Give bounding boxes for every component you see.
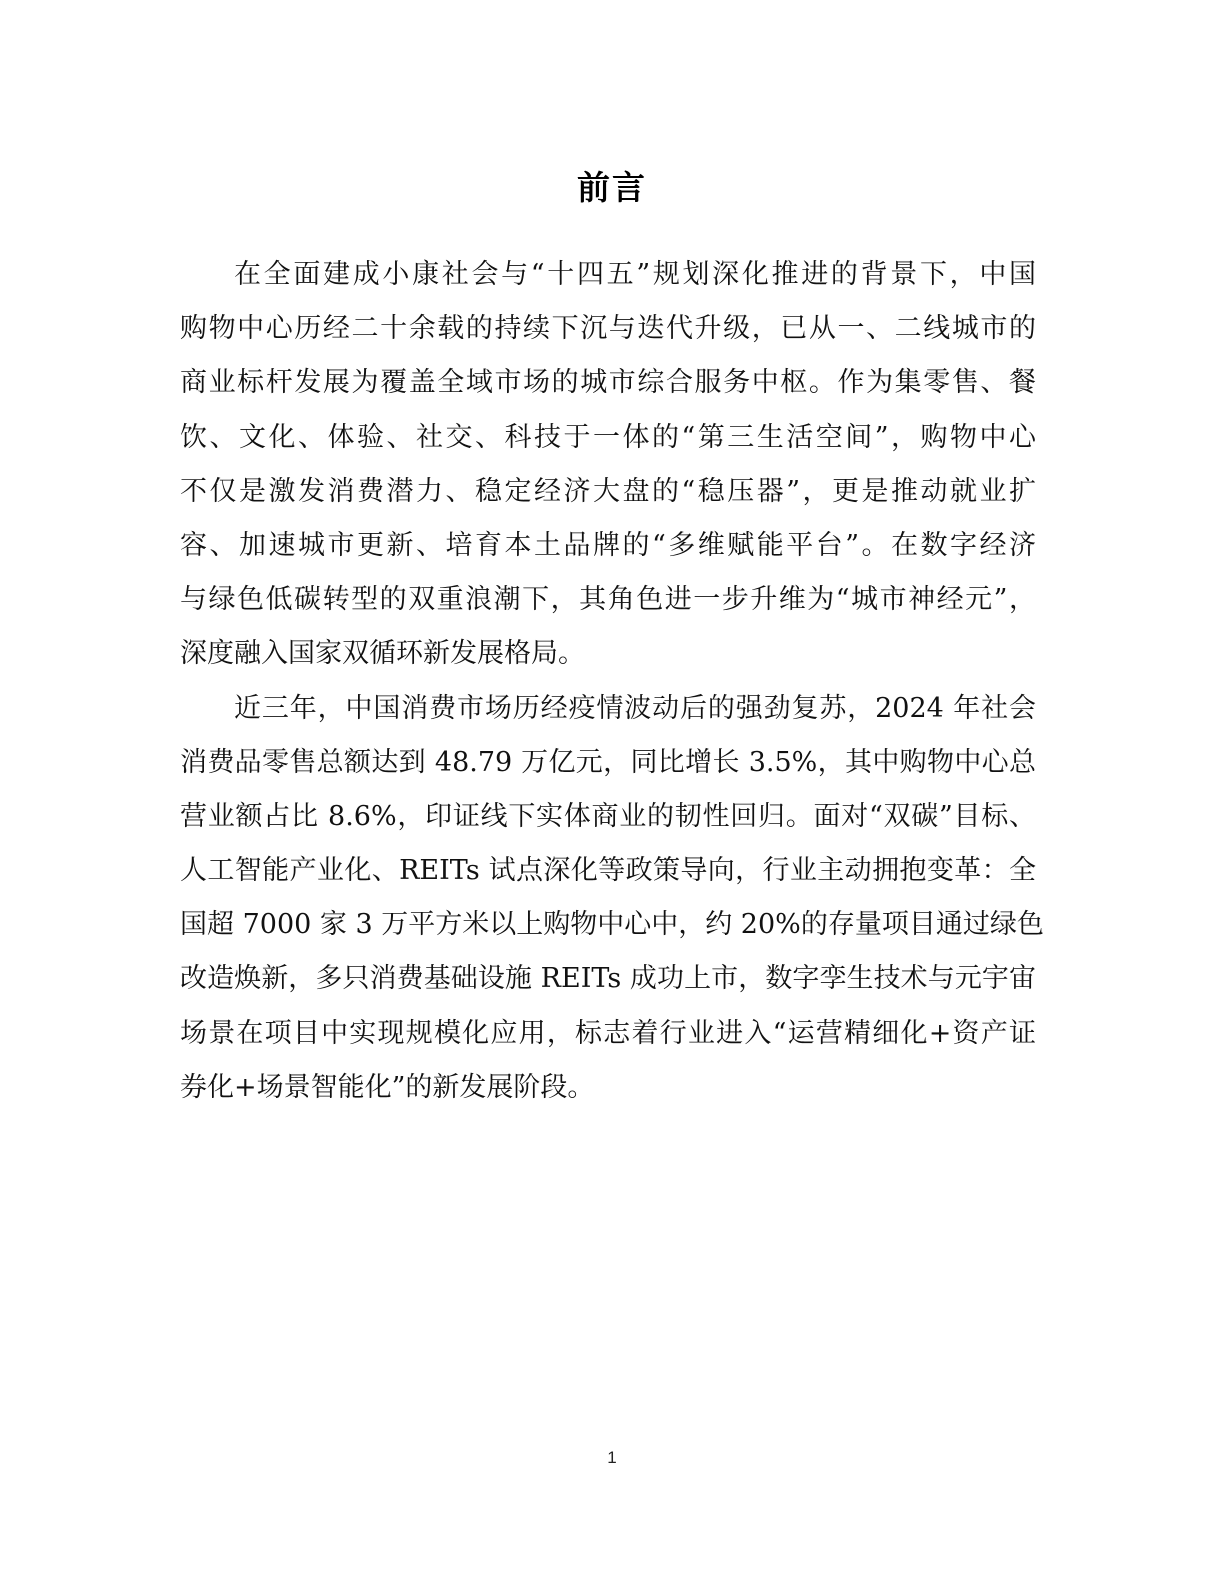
text-line: 人工智能产业化、REITs 试点深化等政策导向，行业主动拥抱变革：全 [180, 844, 1036, 898]
text-line: 国超 7000 家 3 万平方米以上购物中心中，约 20%的存量项目通过绿色 [180, 898, 1036, 952]
text-line: 不仅是激发消费潜力、稳定经济大盘的“稳压器”，更是推动就业扩 [180, 465, 1036, 519]
text-line: 容、加速城市更新、培育本土品牌的“多维赋能平台”。在数字经济 [180, 519, 1036, 573]
text-line: 场景在项目中实现规模化应用，标志着行业进入“运营精细化+资产证 [180, 1007, 1036, 1061]
paragraph-2: 近三年，中国消费市场历经疫情波动后的强劲复苏，2024 年社会 消费品零售总额达… [180, 682, 1036, 1116]
text-line: 商业标杆发展为覆盖全域市场的城市综合服务中枢。作为集零售、餐 [180, 356, 1036, 410]
text-line: 消费品零售总额达到 48.79 万亿元，同比增长 3.5%，其中购物中心总 [180, 736, 1036, 790]
text-line: 购物中心历经二十余载的持续下沉与迭代升级，已从一、二线城市的 [180, 302, 1036, 356]
text-line: 深度融入国家双循环新发展格局。 [180, 627, 1036, 681]
page-number: 1 [0, 1446, 1224, 1470]
text-line: 在全面建成小康社会与“十四五”规划深化推进的背景下，中国 [180, 248, 1036, 302]
text-line: 改造焕新，多只消费基础设施 REITs 成功上市，数字孪生技术与元宇宙 [180, 952, 1036, 1006]
page-title: 前言 [0, 164, 1224, 212]
text-line: 与绿色低碳转型的双重浪潮下，其角色进一步升维为“城市神经元”， [180, 573, 1036, 627]
document-body: 在全面建成小康社会与“十四五”规划深化推进的背景下，中国 购物中心历经二十余载的… [180, 248, 1036, 1115]
text-line: 近三年，中国消费市场历经疫情波动后的强劲复苏，2024 年社会 [180, 682, 1036, 736]
text-line: 券化+场景智能化”的新发展阶段。 [180, 1061, 1036, 1115]
paragraph-1: 在全面建成小康社会与“十四五”规划深化推进的背景下，中国 购物中心历经二十余载的… [180, 248, 1036, 682]
text-line: 营业额占比 8.6%，印证线下实体商业的韧性回归。面对“双碳”目标、 [180, 790, 1036, 844]
text-line: 饮、文化、体验、社交、科技于一体的“第三生活空间”，购物中心 [180, 411, 1036, 465]
